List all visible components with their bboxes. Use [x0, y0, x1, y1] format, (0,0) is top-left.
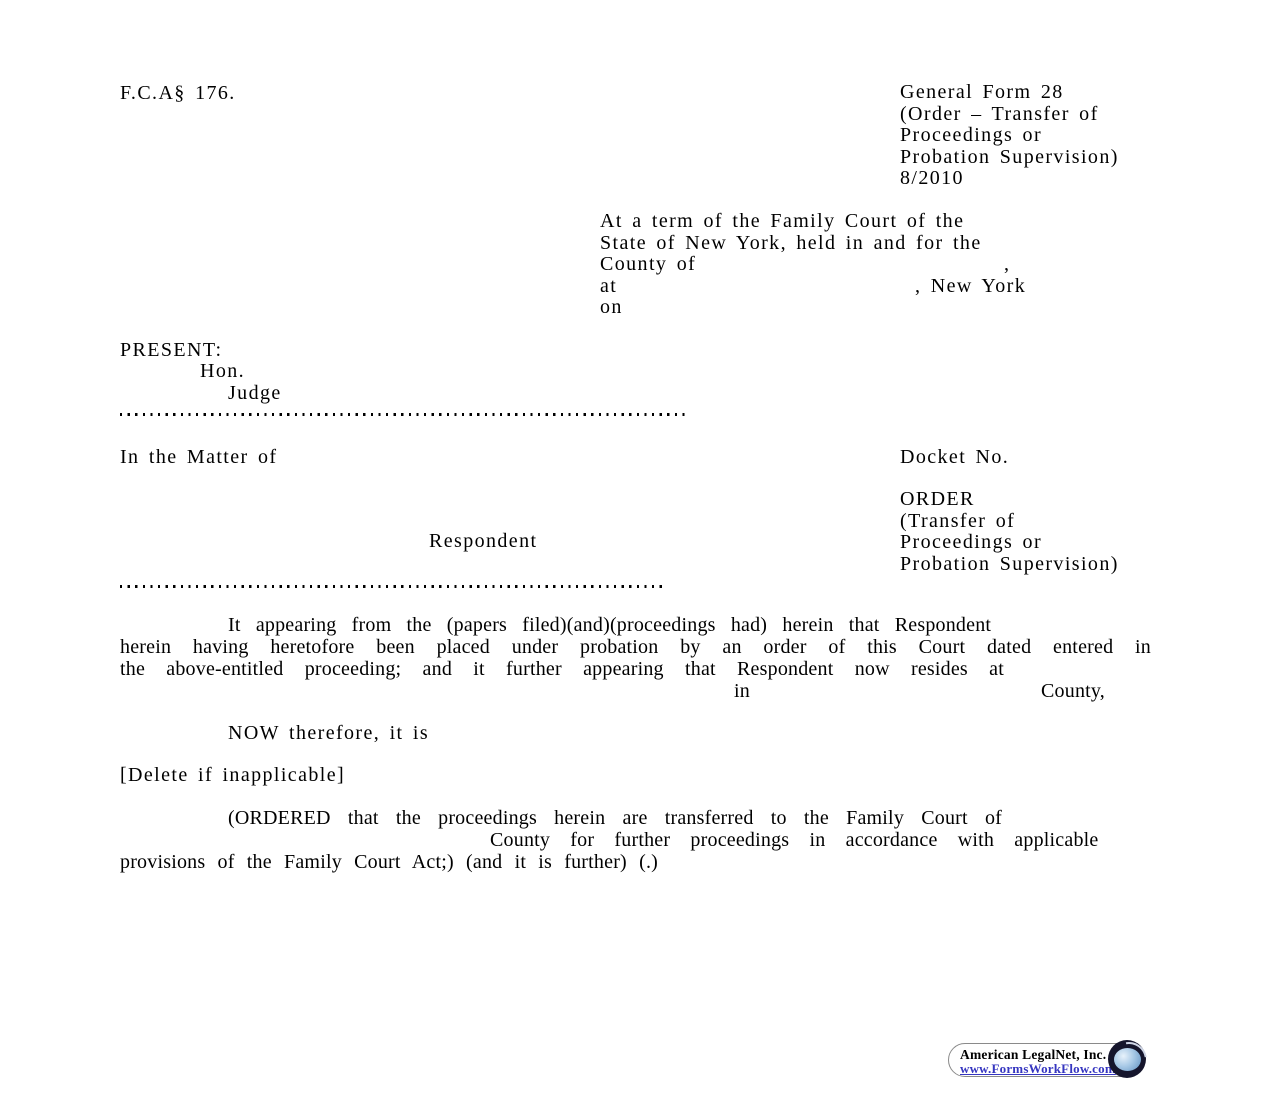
appearing-county-word: County, [1041, 681, 1105, 703]
term-caption-line: At a term of the Family Court of the [600, 211, 1050, 233]
on-label: on [600, 297, 1050, 319]
present-label: PRESENT: [120, 340, 222, 362]
term-caption-line: State of New York, held in and for the [600, 233, 1050, 255]
order-title-line: (Transfer of [900, 511, 1119, 533]
term-caption-block: At a term of the Family Court of the Sta… [600, 211, 1050, 319]
statute-reference: F.C.A§ 176. [120, 83, 236, 105]
order-title-block: ORDER (Transfer of Proceedings or Probat… [900, 489, 1119, 575]
in-the-matter-of-label: In the Matter of [120, 447, 277, 469]
county-of-label: County of [600, 253, 696, 275]
form-info-line: 8/2010 [900, 168, 1119, 190]
order-title-line: ORDER [900, 489, 1119, 511]
form-info-line: General Form 28 [900, 82, 1119, 104]
hon-label: Hon. [200, 361, 245, 383]
appearing-paragraph-line2: herein having heretofore been placed und… [120, 637, 1151, 659]
judge-label: Judge [228, 383, 282, 405]
caption-dotted-rule-bottom [120, 585, 663, 588]
court-form-page: F.C.A§ 176. General Form 28 (Order – Tra… [0, 0, 1275, 1100]
now-therefore-line: NOW therefore, it is [228, 723, 429, 745]
term-caption-county-row: County of , [600, 254, 1050, 276]
appearing-in-word: in [734, 681, 750, 703]
order-title-line: Probation Supervision) [900, 554, 1119, 576]
caption-dotted-rule-top [120, 413, 688, 416]
respondent-label: Respondent [429, 531, 537, 553]
globe-icon-ring-highlight [1104, 1035, 1154, 1085]
ordered-paragraph-line1: (ORDERED that the proceedings herein are… [228, 808, 1002, 830]
appearing-paragraph-line3: the above-entitled proceeding; and it fu… [120, 659, 1004, 681]
globe-icon [1108, 1040, 1146, 1078]
county-blank-comma: , [1004, 254, 1010, 276]
vendor-url-link[interactable]: www.FormsWorkFlow.com [960, 1061, 1116, 1077]
form-info-line: (Order – Transfer of [900, 104, 1119, 126]
at-label: at [600, 275, 617, 297]
docket-no-label: Docket No. [900, 447, 1009, 469]
ordered-paragraph-line2: County for further proceedings in accord… [490, 830, 1098, 852]
at-suffix: , New York [915, 276, 1026, 298]
form-info-line: Probation Supervision) [900, 147, 1119, 169]
vendor-badge: American LegalNet, Inc. www.FormsWorkFlo… [948, 1043, 1144, 1077]
appearing-paragraph-line1: It appearing from the (papers filed)(and… [228, 615, 991, 637]
ordered-paragraph-line3: provisions of the Family Court Act;) (an… [120, 852, 658, 874]
delete-if-inapplicable-note: [Delete if inapplicable] [120, 765, 345, 787]
order-title-line: Proceedings or [900, 532, 1119, 554]
term-caption-at-row: at , New York [600, 276, 1050, 298]
form-info-block: General Form 28 (Order – Transfer of Pro… [900, 82, 1119, 190]
form-info-line: Proceedings or [900, 125, 1119, 147]
